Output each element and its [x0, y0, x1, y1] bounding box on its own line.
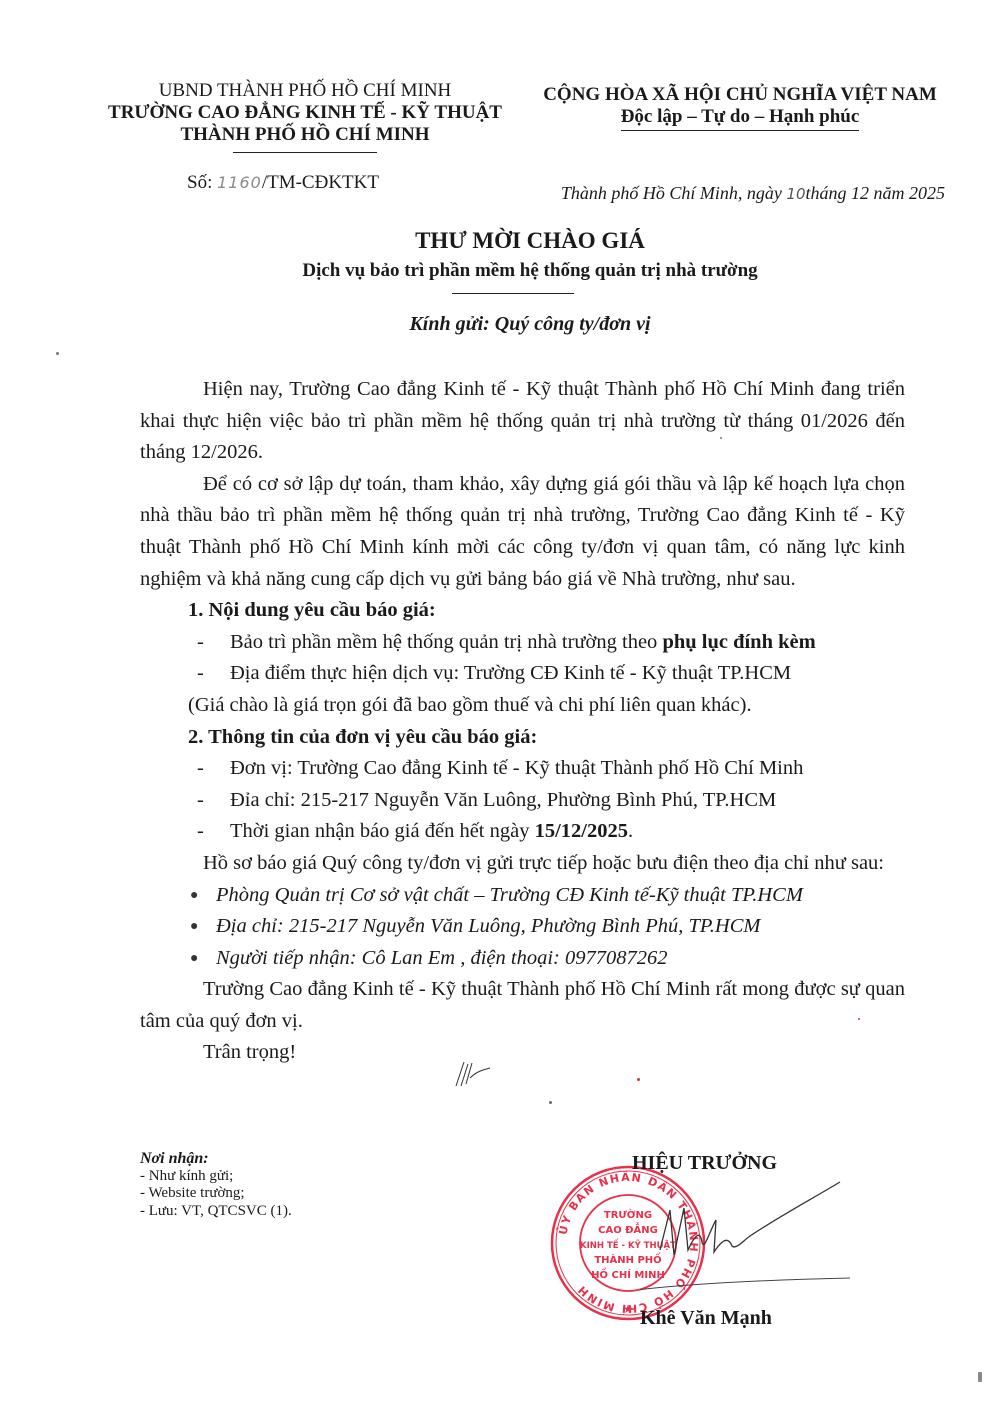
bullet-dot-icon: ●: [190, 943, 216, 975]
item-text: Bảo trì phần mềm hệ thống quản trị nhà t…: [230, 631, 662, 653]
recipient-item: - Như kính gửi;: [140, 1168, 292, 1186]
dash-marker: -: [197, 753, 230, 785]
recipients-heading: Nơi nhận:: [140, 1150, 292, 1168]
handwritten-signature-icon: [640, 1180, 850, 1300]
school-city: THÀNH PHỐ HỒ CHÍ MINH: [80, 124, 530, 146]
section-2-heading: 2. Thông tin của đơn vị yêu cầu báo giá:: [140, 722, 905, 754]
recipient-item: - Website trường;: [140, 1185, 292, 1203]
paragraph-intro: Hiện nay, Trường Cao đẳng Kinh tế - Kỹ t…: [140, 374, 905, 469]
national-title: CỘNG HÒA XÃ HỘI CHỦ NGHĨA VIỆT NAM: [510, 84, 970, 106]
recipients-block: Nơi nhận: - Như kính gửi; - Website trườ…: [140, 1150, 292, 1220]
signer-title: HIỆU TRƯỞNG: [632, 1152, 777, 1175]
scan-artifact: [720, 437, 722, 439]
salutation: Kính gửi: Quý công ty/đơn vị: [0, 313, 992, 336]
document-number-prefix: Số:: [187, 172, 217, 193]
dash-marker: -: [197, 816, 230, 848]
item-text: Địa điểm thực hiện dịch vụ: Trường CĐ Ki…: [230, 658, 791, 690]
title-divider: [452, 293, 574, 294]
recipient-item: - Lưu: VT, QTCSVC (1).: [140, 1203, 292, 1221]
national-header-block: CỘNG HÒA XÃ HỘI CHỦ NGHĨA VIỆT NAM Độc l…: [510, 84, 970, 131]
item-text: Đỉa chỉ: 215-217 Nguyễn Văn Luông, Phườn…: [230, 785, 776, 817]
document-number-handwritten: 1160: [217, 173, 262, 192]
dash-marker: -: [197, 658, 230, 690]
document-subtitle: Dịch vụ bảo trì phần mềm hệ thống quản t…: [0, 260, 992, 282]
dash-marker: -: [197, 785, 230, 817]
issuing-authority-block: UBND THÀNH PHỐ HỒ CHÍ MINH TRƯỜNG CAO ĐẲ…: [80, 80, 530, 153]
date-suffix: tháng 12 năm 2025: [806, 183, 946, 203]
scan-artifact: [858, 1018, 860, 1020]
scan-artifact: [549, 1101, 552, 1104]
document-title: THƯ MỜI CHÀO GIÁ: [0, 228, 992, 254]
paragraph-invitation: Để có cơ sở lập dự toán, tham khảo, xây …: [140, 469, 905, 595]
authority-name: UBND THÀNH PHỐ HỒ CHÍ MINH: [80, 80, 530, 102]
item-bold-text: phụ lục đính kèm: [662, 631, 815, 653]
bullet-text: Phòng Quản trị Cơ sở vật chất – Trường C…: [216, 880, 803, 912]
section-2-item: - Thời gian nhận báo giá đến hết ngày 15…: [140, 816, 905, 848]
bullet-dot-icon: ●: [190, 911, 216, 943]
submission-bullet: ● Người tiếp nhận: Cô Lan Em , điện thoạ…: [140, 943, 905, 975]
bullet-text: Người tiếp nhận: Cô Lan Em , điện thoại:…: [216, 943, 667, 975]
dash-marker: -: [197, 627, 230, 659]
bullet-dot-icon: ●: [190, 880, 216, 912]
scan-artifact: [978, 1372, 982, 1382]
school-name: TRƯỜNG CAO ĐẲNG KINH TẾ - KỸ THUẬT: [80, 102, 530, 124]
header-divider: [233, 152, 377, 153]
bullet-text: Địa chỉ: 215-217 Nguyễn Văn Luông, Phườn…: [216, 911, 760, 943]
section-1-item: - Bảo trì phần mềm hệ thống quản trị nhà…: [140, 627, 905, 659]
item-text: Thời gian nhận báo giá đến hết ngày: [230, 820, 535, 842]
closing-regards: Trân trọng!: [140, 1037, 905, 1069]
price-note: (Giá chào là giá trọn gói đã bao gồm thu…: [140, 690, 905, 722]
paragraph-closing-hope: Trường Cao đẳng Kinh tế - Kỹ thuật Thành…: [140, 974, 905, 1037]
scan-artifact: [637, 1078, 640, 1081]
document-number-suffix: /TM-CĐKTKT: [262, 172, 379, 193]
national-motto: Độc lập – Tự do – Hạnh phúc: [621, 106, 860, 131]
signer-name: Khê Văn Mạnh: [640, 1307, 772, 1330]
section-2-item: - Đỉa chỉ: 215-217 Nguyễn Văn Luông, Phư…: [140, 785, 905, 817]
letter-body: Hiện nay, Trường Cao đẳng Kinh tế - Kỹ t…: [140, 374, 905, 1069]
date-day-handwritten: 10: [786, 185, 805, 203]
submission-bullet: ● Phòng Quản trị Cơ sở vật chất – Trường…: [140, 880, 905, 912]
date-prefix: Thành phố Hồ Chí Minh, ngày: [561, 183, 787, 203]
item-tail: .: [628, 820, 633, 842]
section-1-heading: 1. Nội dung yêu cầu báo giá:: [140, 595, 905, 627]
submission-bullet: ● Địa chỉ: 215-217 Nguyễn Văn Luông, Phư…: [140, 911, 905, 943]
section-2-item: - Đơn vị: Trường Cao đẳng Kinh tế - Kỹ t…: [140, 753, 905, 785]
item-text: Đơn vị: Trường Cao đẳng Kinh tế - Kỹ thu…: [230, 753, 803, 785]
date-line: Thành phố Hồ Chí Minh, ngày 10tháng 12 n…: [561, 183, 945, 204]
paragraph-submission: Hồ sơ báo giá Quý công ty/đơn vị gửi trự…: [140, 848, 905, 880]
initials-signature-icon: [452, 1058, 492, 1088]
deadline-date: 15/12/2025: [535, 820, 628, 842]
svg-text:★: ★: [623, 1302, 634, 1316]
document-number: Số: 1160/TM-CĐKTKT: [187, 172, 379, 194]
section-1-item: - Địa điểm thực hiện dịch vụ: Trường CĐ …: [140, 658, 905, 690]
scan-artifact: [56, 352, 59, 355]
